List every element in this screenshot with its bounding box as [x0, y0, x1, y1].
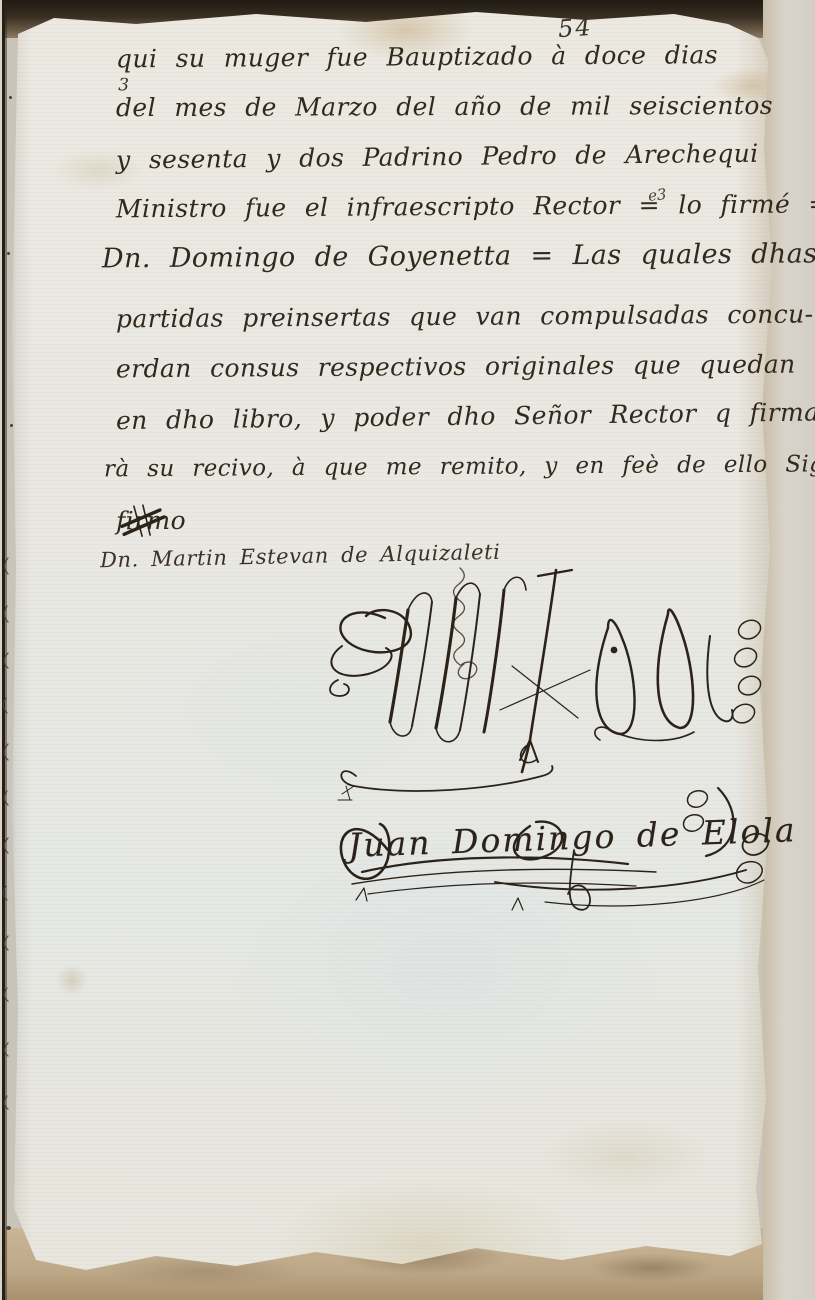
manuscript-line: erdan consus respectivos originales que … [116, 342, 784, 397]
manuscript-line: firmo [116, 492, 784, 547]
manuscript-line: del mes de Marzo del año de mil seiscien… [116, 83, 784, 135]
facing-page-ink-fragments [0, 548, 10, 1148]
line-text: qui su muger fue Bauptizado à doce dias [116, 40, 718, 73]
notary-crosshatch-icon [116, 504, 168, 538]
manuscript-line: Ministro fue el infraescripto Rector = l… [116, 182, 784, 237]
manuscript-line: partidas preinsertas que van compulsadas… [116, 292, 784, 347]
calligraphic-rubric-signo [290, 550, 790, 922]
manuscript-line: Dn. Domingo de Goyenetta = Las quales dh… [102, 232, 784, 287]
manuscript-line: qui su muger fue Bauptizado à doce dias … [116, 32, 784, 87]
manuscript-scan: 54 qui su muger fue Bauptizado à doce di… [0, 0, 815, 1300]
interlinear-correction-mark: e3 [647, 185, 667, 205]
manuscript-text-block: qui su muger fue Bauptizado à doce dias … [116, 34, 784, 544]
manuscript-line: rà su recivo, à que me remito, y en feè … [104, 442, 784, 497]
manuscript-line: en dho libro, y poder dho Señor Rector q… [116, 390, 785, 448]
manuscript-line: y sesenta y dos Padrino Pedro de Arecheq… [116, 131, 784, 188]
